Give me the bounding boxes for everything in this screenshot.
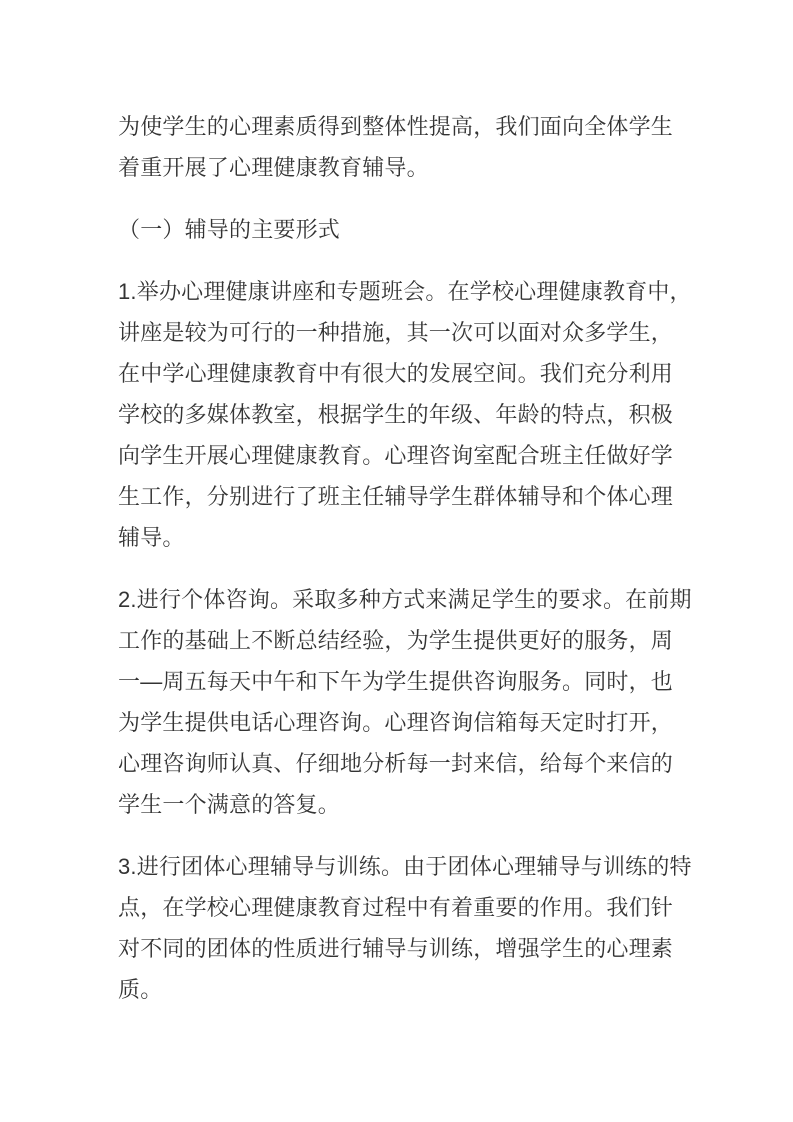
document-page: 为使学生的心理素质得到整体性提高，我们面向全体学生 着重开展了心理健康教育辅导。… [0,0,793,1122]
paragraph-lecture-classes: 1.举办心理健康讲座和专题班会。在学校心理健康教育中， 讲座是较为可行的一种措施… [118,271,758,558]
intro-paragraph: 为使学生的心理素质得到整体性提高，我们面向全体学生 着重开展了心理健康教育辅导。 [118,106,758,188]
paragraph-individual-counseling: 2.进行个体咨询。采取多种方式来满足学生的要求。在前期 工作的基础上不断总结经验… [118,579,758,825]
section-heading: （一）辅导的主要形式 [118,209,758,250]
paragraph-group-counseling: 3.进行团体心理辅导与训练。由于团体心理辅导与训练的特 点，在学校心理健康教育过… [118,846,758,1010]
